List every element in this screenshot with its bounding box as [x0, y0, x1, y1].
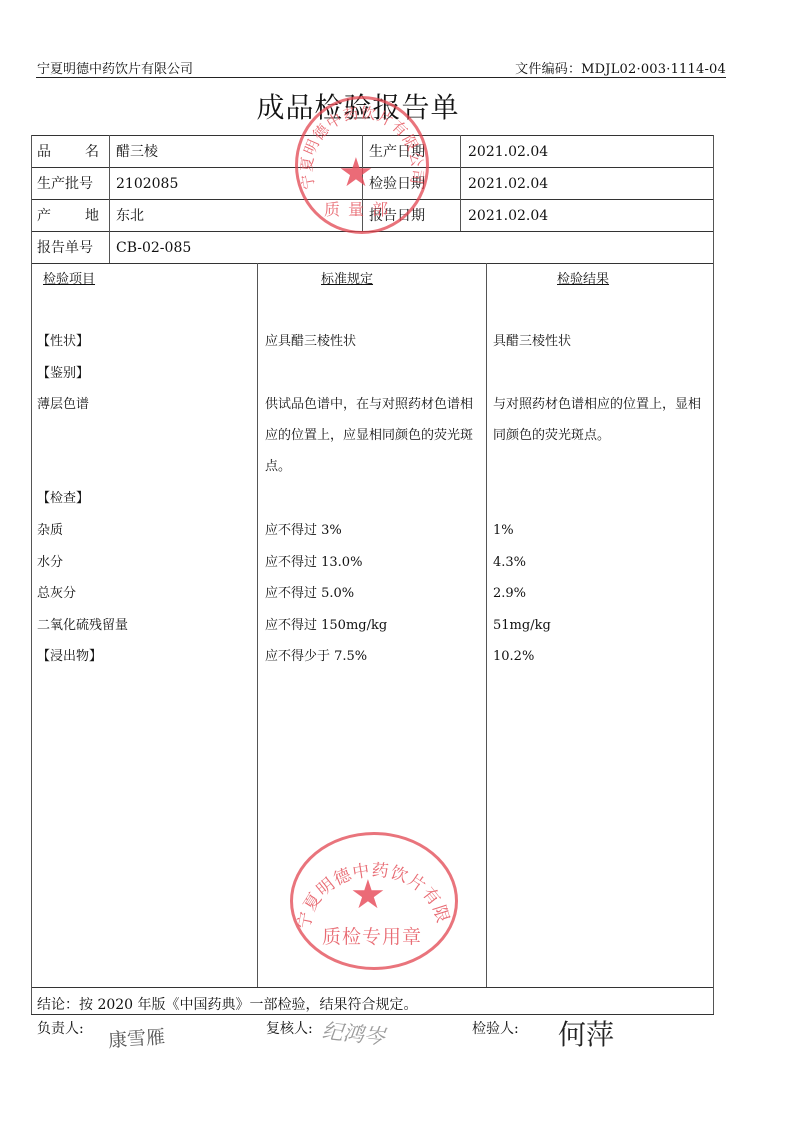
item-cell: 薄层色谱 — [37, 396, 89, 414]
table-rule — [31, 987, 714, 988]
product-name-value: 醋三棱 — [116, 142, 158, 162]
table-border-left — [31, 135, 32, 1014]
table-rule — [109, 135, 110, 263]
star-icon: ★ — [338, 150, 374, 196]
item-cell: 总灰分 — [37, 585, 76, 603]
inspector-signature: 何萍 — [558, 1013, 614, 1053]
result-cell: 10.2% — [493, 648, 534, 666]
report-date-value: 2021.02.04 — [468, 206, 548, 226]
standard-cell: 应不得过 150mg/kg — [265, 617, 387, 635]
stamp-label: 质检专用章 — [322, 922, 422, 949]
star-icon: ★ — [350, 872, 386, 918]
item-cell: 【浸出物】 — [37, 648, 102, 666]
table-rule — [257, 263, 258, 987]
result-cell: 具醋三棱性状 — [493, 333, 571, 351]
production-date-value: 2021.02.04 — [468, 142, 548, 162]
result-cell: 2.9% — [493, 585, 526, 603]
company-name: 宁夏明德中药饮片有限公司 — [37, 58, 193, 77]
batch-label: 生产批号 — [37, 174, 93, 194]
result-cell: 1% — [493, 522, 514, 540]
responsible-signature: 康雪雁 — [107, 1022, 166, 1053]
result-cell: 与对照药材色谱相应的位置上，显相同颜色的荧光斑点。 — [493, 389, 711, 451]
table-border-right — [713, 135, 714, 1014]
header-rule — [36, 77, 726, 78]
standard-cell: 应不得少于 7.5% — [265, 648, 367, 666]
item-cell: 杂质 — [37, 522, 63, 540]
result-cell: 51mg/kg — [493, 617, 551, 635]
document-code: 文件编码：MDJL02·003·1114-04 — [515, 58, 726, 77]
standard-cell: 应不得过 3% — [265, 522, 342, 540]
table-rule — [460, 135, 461, 231]
origin-label: 产地 — [37, 206, 99, 226]
responsible-label: 负责人: — [37, 1018, 84, 1038]
item-cell: 二氧化硫残留量 — [37, 617, 128, 635]
reviewer-signature: 纪鸿岑 — [321, 1015, 387, 1051]
column-header-result: 检验结果 — [557, 271, 609, 289]
inspector-label: 检验人: — [472, 1018, 519, 1038]
standard-cell: 应不得过 5.0% — [265, 585, 354, 603]
item-cell: 【鉴别】 — [37, 365, 89, 383]
item-cell: 【检查】 — [37, 490, 89, 508]
report-number-value: CB-02-085 — [116, 238, 191, 258]
standard-cell: 应具醋三棱性状 — [265, 333, 356, 351]
table-rule — [486, 263, 487, 987]
conclusion: 结论：按 2020 年版《中国药典》一部检验，结果符合规定。 — [37, 994, 418, 1014]
item-cell: 水分 — [37, 554, 63, 572]
result-cell: 4.3% — [493, 554, 526, 572]
reviewer-label: 复核人: — [266, 1018, 313, 1038]
batch-value: 2102085 — [116, 174, 178, 194]
report-number-label: 报告单号 — [37, 238, 93, 258]
column-header-item: 检验项目 — [43, 271, 95, 289]
table-rule — [31, 263, 714, 264]
item-cell: 【性状】 — [37, 333, 89, 351]
origin-value: 东北 — [116, 206, 144, 226]
standard-cell: 供试品色谱中，在与对照药材色谱相应的位置上，应显相同颜色的荧光斑点。 — [265, 389, 485, 482]
standard-cell: 应不得过 13.0% — [265, 554, 362, 572]
column-header-standard: 标准规定 — [321, 271, 373, 289]
stamp-label: 质量部 — [324, 197, 396, 220]
inspection-date-value: 2021.02.04 — [468, 174, 548, 194]
product-name-label: 品名 — [37, 142, 99, 162]
